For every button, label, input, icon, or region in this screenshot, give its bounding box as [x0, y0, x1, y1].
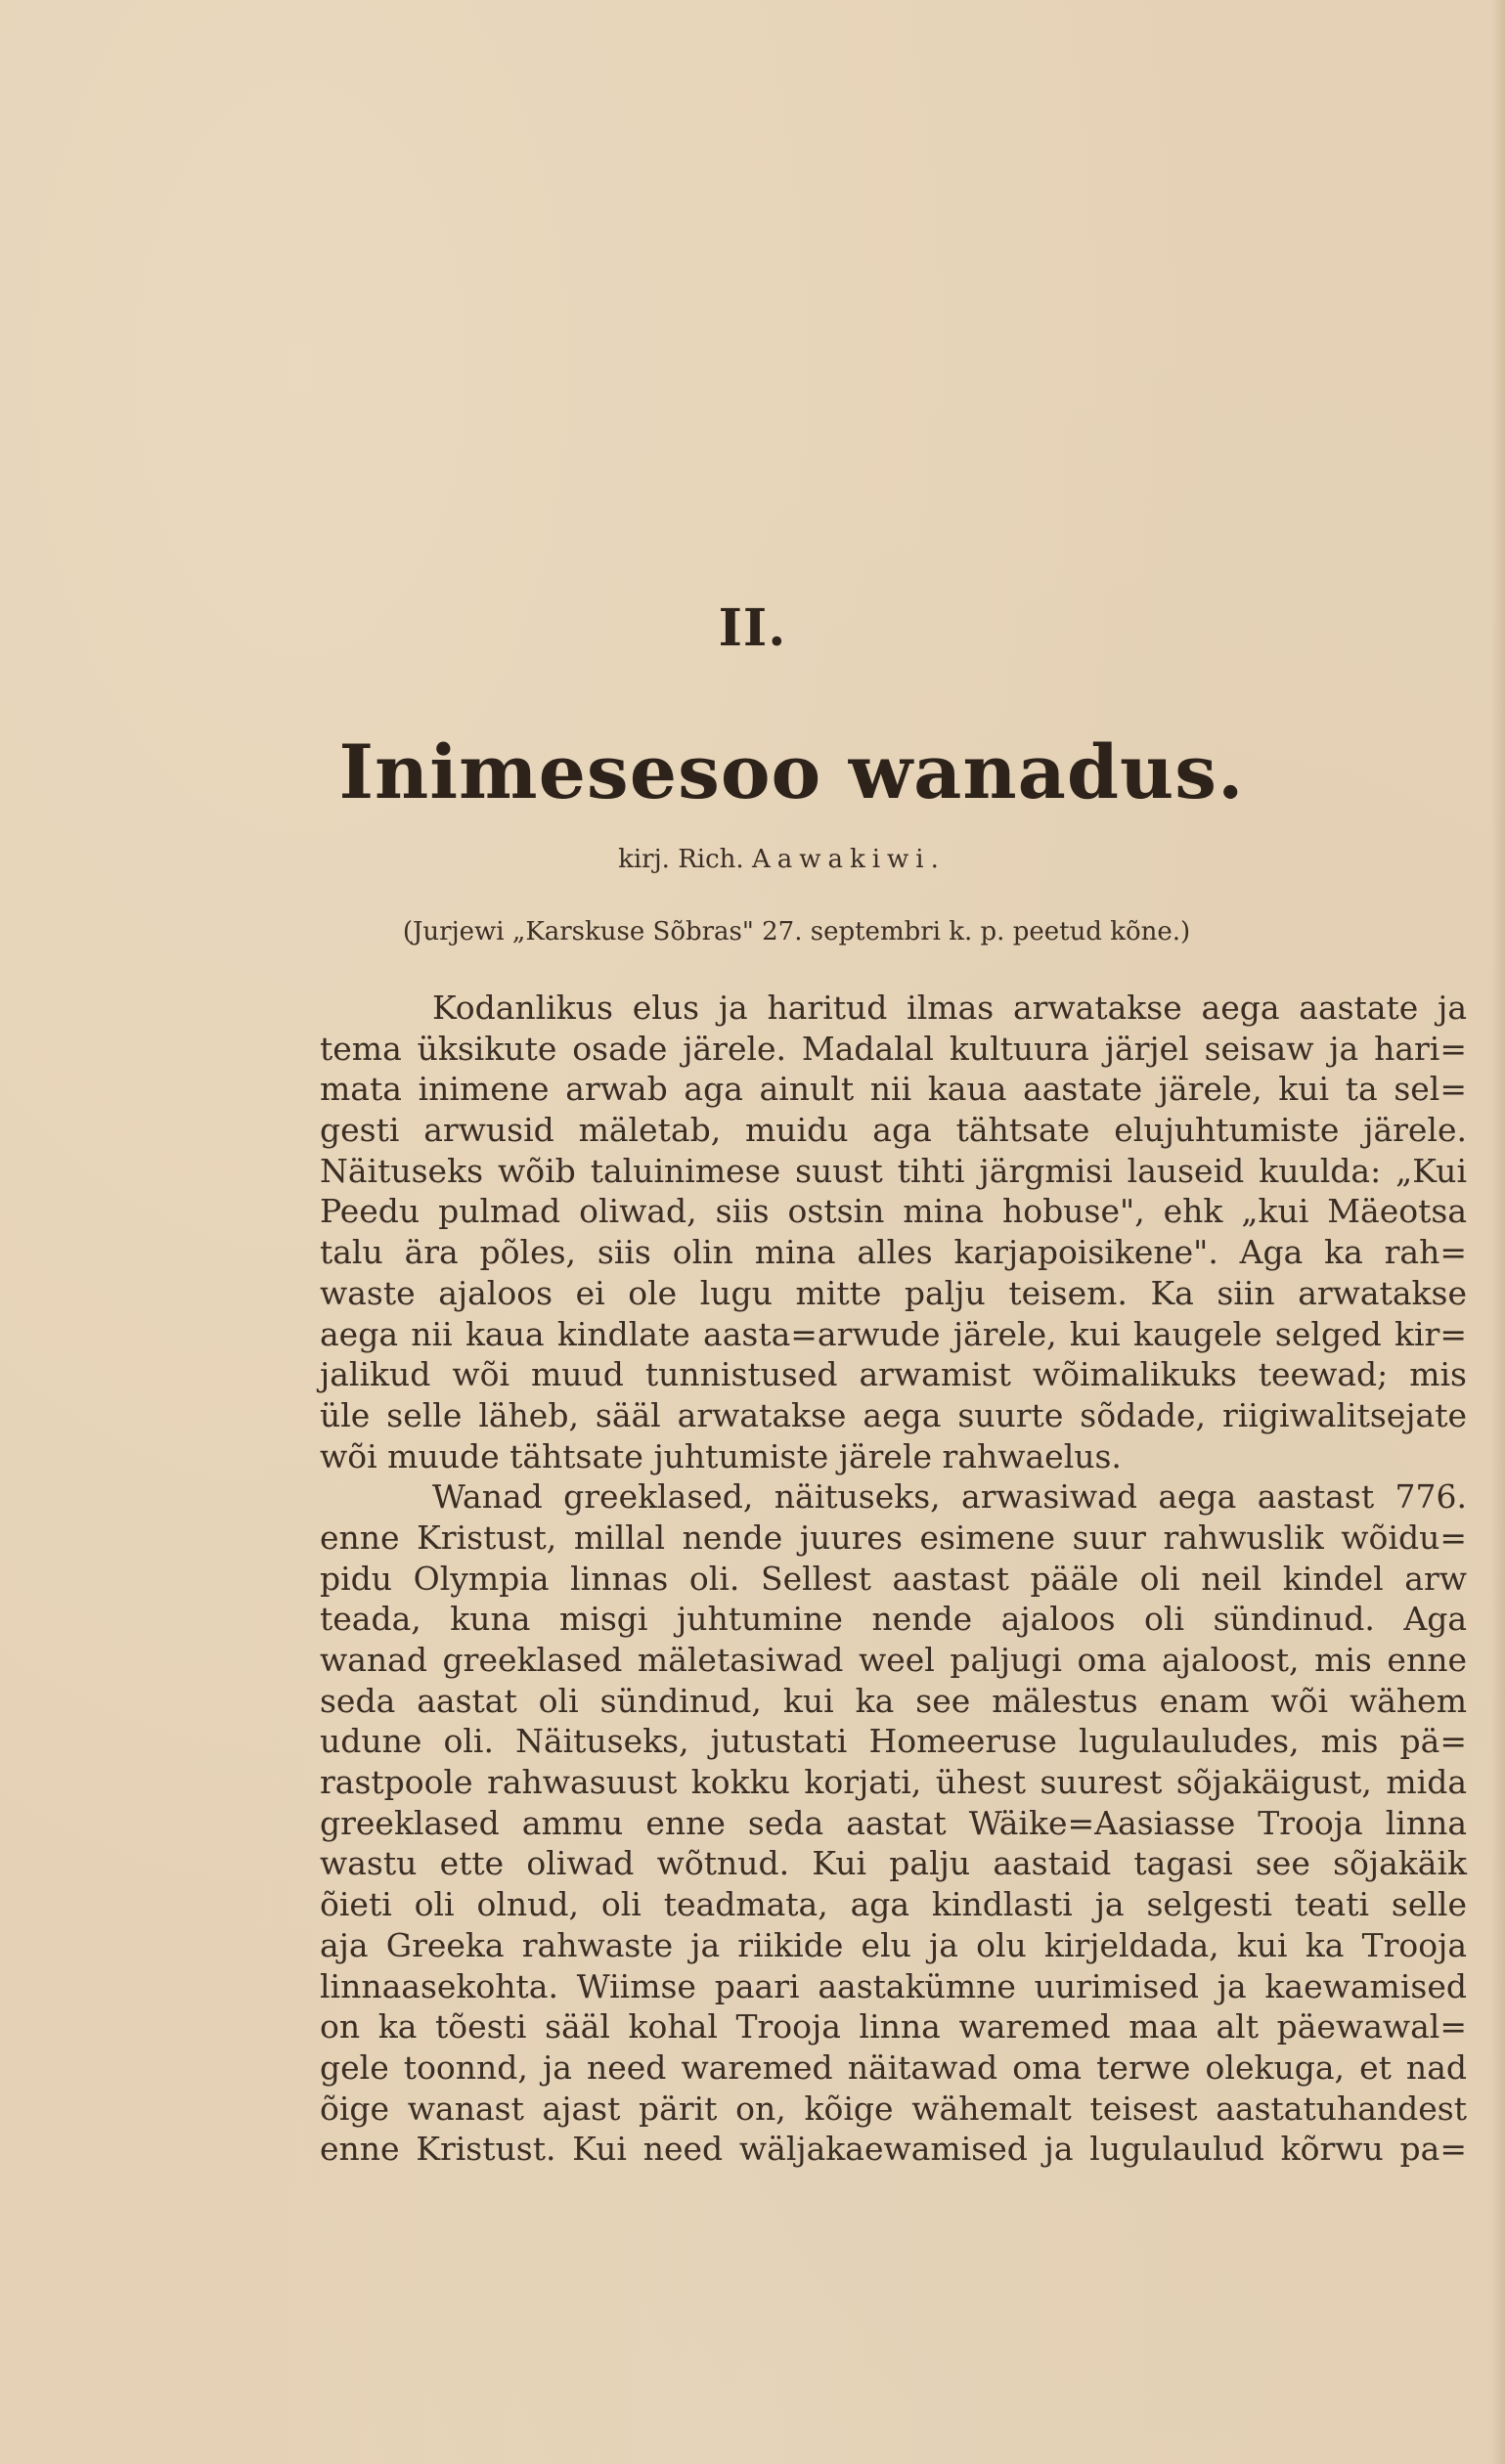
- text-line: õieti oli olnud, oli teadmata, aga kindl…: [320, 1884, 1467, 1925]
- section-number: II.: [0, 603, 1505, 654]
- text-line: teada, kuna misgi juhtumine nende ajaloo…: [320, 1599, 1467, 1640]
- text-line: üle selle läheb, sääl arwatakse aega suu…: [320, 1395, 1467, 1436]
- text-line: wastu ette oliwad wõtnud. Kui palju aast…: [320, 1843, 1467, 1884]
- text-line: greeklased ammu enne seda aastat Wäike=A…: [320, 1803, 1467, 1844]
- text-line: pidu Olympia linnas oli. Sellest aastast…: [320, 1559, 1467, 1600]
- text-line: gesti arwusid mäletab, muidu aga tähtsat…: [320, 1110, 1467, 1151]
- text-line: aja Greeka rahwaste ja riikide elu ja ol…: [320, 1925, 1467, 1966]
- byline-author: Aawakiwi.: [752, 845, 946, 874]
- paragraph-1: Kodanlikus elus ja haritud ilmas arwatak…: [320, 988, 1467, 1476]
- text-line: seda aastat oli sündinud, kui ka see mäl…: [320, 1681, 1467, 1722]
- byline: kirj. Rich. Aawakiwi.: [0, 847, 1505, 872]
- text-line: udune oli. Näituseks, jutustati Homeerus…: [320, 1721, 1467, 1762]
- text-line: rastpoole rahwasuust kokku korjati, ühes…: [320, 1762, 1467, 1803]
- chapter-title: Inimesesoo wanadus.: [0, 735, 1505, 810]
- text-line: on ka tõesti sääl kohal Trooja linna war…: [320, 2006, 1467, 2047]
- text-line: talu ära põles, siis olin mina alles kar…: [320, 1232, 1467, 1273]
- text-line: jalikud wõi muud tunnistused arwamist wõ…: [320, 1354, 1467, 1395]
- paragraph-2: Wanad greeklased, näituseks, arwasiwad a…: [320, 1476, 1467, 2170]
- text-line: Näituseks wõib taluinimese suust tihti j…: [320, 1151, 1467, 1192]
- subtitle-note: (Jurjewi „Karskuse Sõbras" 27. septembri…: [0, 919, 1505, 945]
- text-line: Wanad greeklased, näituseks, arwasiwad a…: [320, 1476, 1467, 1518]
- byline-prefix: kirj. Rich.: [618, 845, 744, 874]
- text-line: tema üksikute osade järele. Madalal kult…: [320, 1029, 1467, 1070]
- text-line: wõi muude tähtsate juhtumiste järele rah…: [320, 1436, 1467, 1477]
- text-line: linnaasekohta. Wiimse paari aastakümne u…: [320, 1966, 1467, 2007]
- text-line: Kodanlikus elus ja haritud ilmas arwatak…: [320, 988, 1467, 1029]
- text-line: aega nii kaua kindlate aasta=arwude järe…: [320, 1314, 1467, 1355]
- text-line: õige wanast ajast pärit on, kõige wähema…: [320, 2089, 1467, 2130]
- text-line: gele toonnd, ja need waremed näitawad om…: [320, 2047, 1467, 2089]
- text-line: enne Kristust. Kui need wäljakaewamised …: [320, 2129, 1467, 2170]
- page-edge-shadow: [1491, 0, 1505, 2464]
- text-line: wanad greeklased mäletasiwad weel paljug…: [320, 1640, 1467, 1681]
- body-text: Kodanlikus elus ja haritud ilmas arwatak…: [320, 988, 1467, 2170]
- text-line: enne Kristust, millal nende juures esime…: [320, 1518, 1467, 1559]
- text-line: Peedu pulmad oliwad, siis ostsin mina ho…: [320, 1191, 1467, 1232]
- text-line: waste ajaloos ei ole lugu mitte palju te…: [320, 1273, 1467, 1314]
- text-line: mata inimene arwab aga ainult nii kaua a…: [320, 1069, 1467, 1110]
